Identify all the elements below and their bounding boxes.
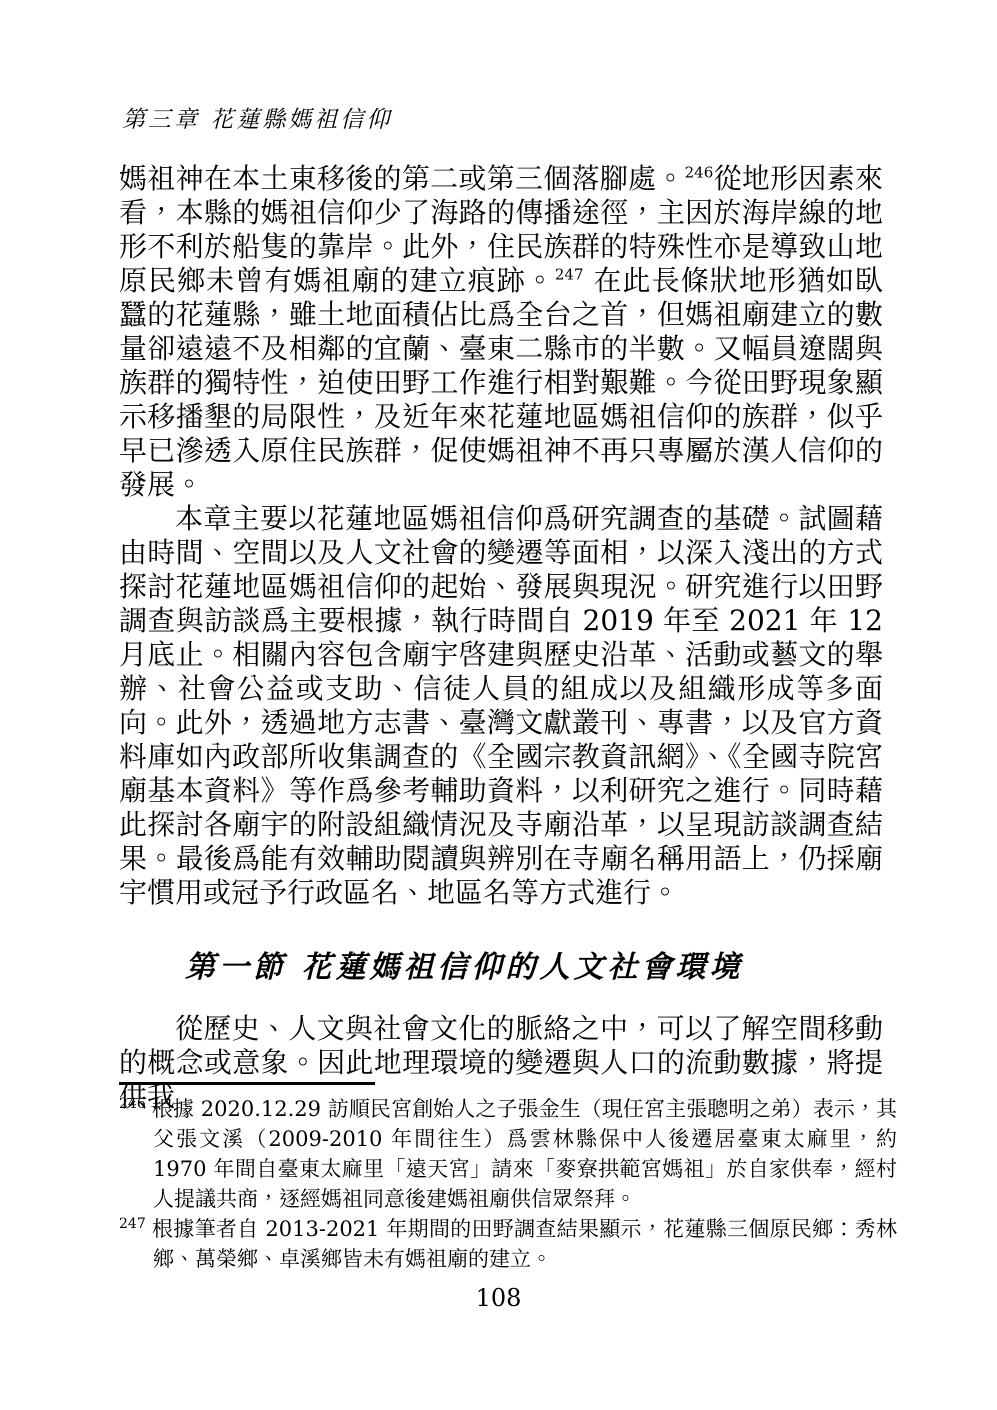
footnote-ref: 246 (685, 164, 714, 182)
chapter-running-header: 第三章 花蓮縣媽祖信仰 (122, 104, 392, 136)
footnote: 246根據 2020.12.29 訪順民宮創始人之子張金生（現任宮主張聰明之弟）… (119, 1094, 897, 1214)
footnote: 247根據筆者自 2013-2021 年期間的田野調查結果顯示，花蓮縣三個原民鄉… (119, 1214, 897, 1274)
paragraph: 媽祖神在本土東移後的第二或第三個落腳處。246從地形因素來看，本縣的媽祖信仰少了… (119, 162, 883, 502)
footnote-list: 246根據 2020.12.29 訪順民宮創始人之子張金生（現任宮主張聰明之弟）… (119, 1094, 897, 1274)
footnote-marker: 247 (119, 1216, 152, 1232)
body-content: 媽祖神在本土東移後的第二或第三個落腳處。246從地形因素來看，本縣的媽祖信仰少了… (119, 162, 883, 1114)
footnote-separator-rule (119, 1082, 375, 1085)
section-heading: 第一節 花蓮媽祖信仰的人文社會環境 (119, 946, 883, 990)
footnote-text: 根據 2020.12.29 訪順民宮創始人之子張金生（現任宮主張聰明之弟）表示，… (152, 1097, 897, 1211)
page-number: 108 (0, 1283, 997, 1313)
footnote-ref: 247 (555, 266, 584, 284)
footnote-area: 246根據 2020.12.29 訪順民宮創始人之子張金生（現任宮主張聰明之弟）… (119, 1082, 897, 1274)
paragraph: 本章主要以花蓮地區媽祖信仰爲研究調查的基礎。試圖藉由時間、空間以及人文社會的變遷… (119, 502, 883, 910)
document-page: 第三章 花蓮縣媽祖信仰 媽祖神在本土東移後的第二或第三個落腳處。246從地形因素… (0, 0, 997, 1410)
footnote-text: 根據筆者自 2013-2021 年期間的田野調查結果顯示，花蓮縣三個原民鄉：秀林… (152, 1217, 897, 1271)
footnote-marker: 246 (119, 1096, 152, 1112)
